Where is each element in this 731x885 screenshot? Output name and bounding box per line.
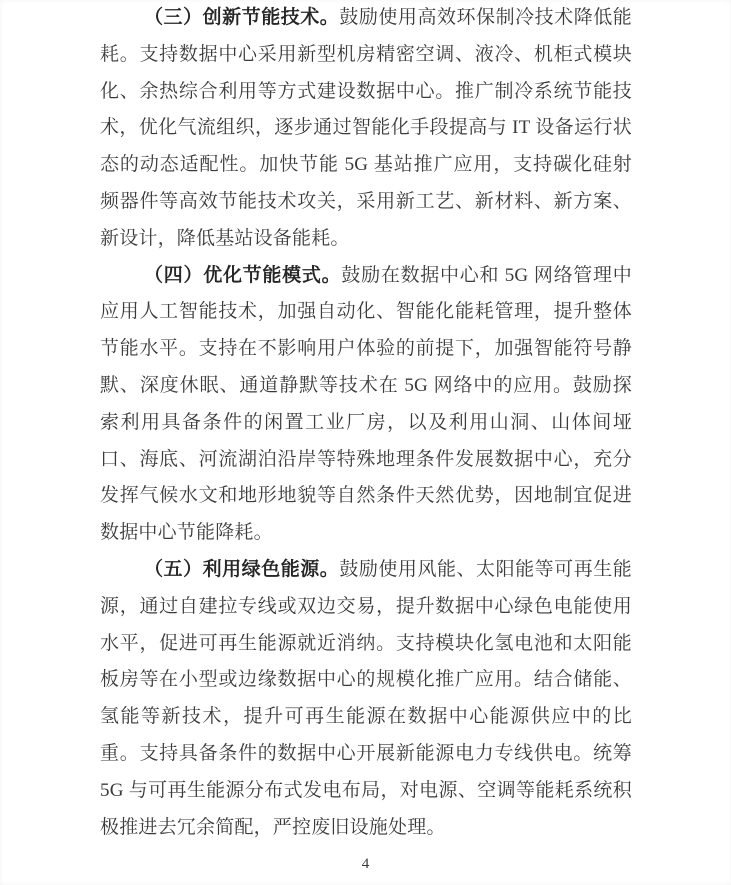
paragraph-4: （四）优化节能模式。鼓励在数据中心和 5G 网络管理中应用人工智能技术，加强自动…: [100, 258, 632, 552]
paragraph-5-heading: （五）利用绿色能源。: [144, 559, 339, 580]
paragraph-5: （五）利用绿色能源。鼓励使用风能、太阳能等可再生能源，通过自建拉专线或双边交易，…: [100, 552, 632, 846]
paragraph-4-text: 鼓励在数据中心和 5G 网络管理中应用人工智能技术，加强自动化、智能化能耗管理，…: [100, 265, 632, 544]
paragraph-3: （三）创新节能技术。鼓励使用高效环保制冷技术降低能耗。支持数据中心采用新型机房精…: [100, 0, 632, 258]
document-body: （三）创新节能技术。鼓励使用高效环保制冷技术降低能耗。支持数据中心采用新型机房精…: [100, 0, 632, 846]
paragraph-3-heading: （三）创新节能技术。: [144, 7, 339, 28]
paragraph-5-text: 鼓励使用风能、太阳能等可再生能源，通过自建拉专线或双边交易，提升数据中心绿色电能…: [100, 559, 632, 838]
page-number: 4: [0, 856, 731, 873]
paragraph-3-text: 鼓励使用高效环保制冷技术降低能耗。支持数据中心采用新型机房精密空调、液冷、机柜式…: [100, 7, 632, 249]
paragraph-4-heading: （四）优化节能模式。: [144, 265, 341, 286]
document-page: （三）创新节能技术。鼓励使用高效环保制冷技术降低能耗。支持数据中心采用新型机房精…: [0, 0, 731, 885]
